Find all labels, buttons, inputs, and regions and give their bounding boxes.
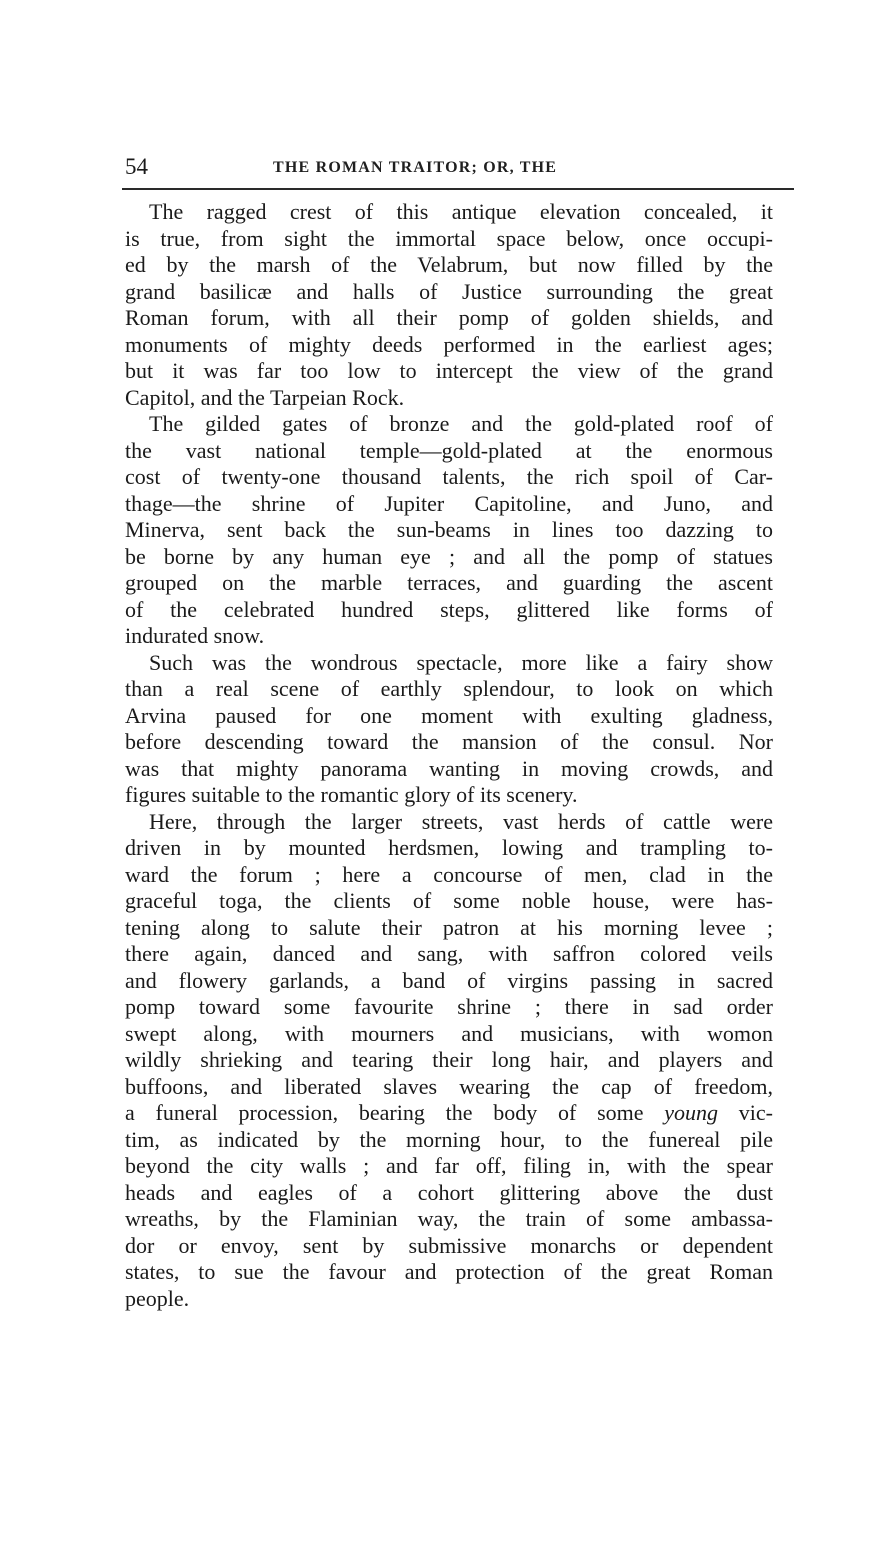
page-number: 54 [125, 152, 148, 182]
text-fragment: vic- [718, 1100, 773, 1125]
text-line: heads and eagles of a cohort glittering … [125, 1180, 773, 1207]
text-line: ward the forum ; here a concourse of men… [125, 862, 773, 889]
text-line: tim, as indicated by the morning hour, t… [125, 1127, 773, 1154]
text-line: but it was far too low to intercept the … [125, 358, 773, 385]
text-fragment: a funeral procession, bearing the body o… [125, 1100, 664, 1125]
header-rule [122, 188, 794, 190]
body-text: The ragged crest of this antique elevati… [125, 199, 775, 1312]
text-line: grouped on the marble terraces, and guar… [125, 570, 773, 597]
text-line: graceful toga, the clients of some noble… [125, 888, 773, 915]
text-line: be borne by any human eye ; and all the … [125, 544, 773, 571]
text-line: Here, through the larger streets, vast h… [125, 809, 773, 836]
text-line: wreaths, by the Flaminian way, the train… [125, 1206, 773, 1233]
text-line: the vast national temple—gold-plated at … [125, 438, 773, 465]
text-line: Arvina paused for one moment with exulti… [125, 703, 773, 730]
text-line: tening along to salute their patron at h… [125, 915, 773, 942]
text-line: Minerva, sent back the sun-beams in line… [125, 517, 773, 544]
text-line: wildly shrieking and tearing their long … [125, 1047, 773, 1074]
text-line: Such was the wondrous spectacle, more li… [125, 650, 773, 677]
book-page: 54 THE ROMAN TRAITOR; OR, THE The ragged… [0, 0, 896, 1550]
text-line: than a real scene of earthly splendour, … [125, 676, 773, 703]
text-line: Roman forum, with all their pomp of gold… [125, 305, 773, 332]
running-title: THE ROMAN TRAITOR; OR, THE [273, 154, 557, 182]
text-line: indurated snow. [125, 623, 773, 650]
text-line: pomp toward some favourite shrine ; ther… [125, 994, 773, 1021]
text-line: people. [125, 1286, 773, 1313]
text-line: thage—the shrine of Jupiter Capitoline, … [125, 491, 773, 518]
text-line: ed by the marsh of the Velabrum, but now… [125, 252, 773, 279]
text-line: dor or envoy, sent by submissive monarch… [125, 1233, 773, 1260]
text-line: buffoons, and liberated slaves wearing t… [125, 1074, 773, 1101]
text-line: Capitol, and the Tarpeian Rock. [125, 385, 773, 412]
text-line: The ragged crest of this antique elevati… [125, 199, 773, 226]
text-line: driven in by mounted herdsmen, lowing an… [125, 835, 773, 862]
text-line: beyond the city walls ; and far off, fil… [125, 1153, 773, 1180]
text-line-with-italic: a funeral procession, bearing the body o… [125, 1100, 773, 1127]
text-line: monuments of mighty deeds performed in t… [125, 332, 773, 359]
text-line: before descending toward the mansion of … [125, 729, 773, 756]
italic-word: young [664, 1100, 718, 1125]
text-line: is true, from sight the immortal space b… [125, 226, 773, 253]
running-head: 54 THE ROMAN TRAITOR; OR, THE [125, 152, 795, 182]
text-line: swept along, with mourners and musicians… [125, 1021, 773, 1048]
text-line: states, to sue the favour and protection… [125, 1259, 773, 1286]
text-line: cost of twenty-one thousand talents, the… [125, 464, 773, 491]
text-line: was that mighty panorama wanting in movi… [125, 756, 773, 783]
text-line: figures suitable to the romantic glory o… [125, 782, 773, 809]
text-line: and flowery garlands, a band of virgins … [125, 968, 773, 995]
text-line: of the celebrated hundred steps, glitter… [125, 597, 773, 624]
text-line: there again, danced and sang, with saffr… [125, 941, 773, 968]
text-line: The gilded gates of bronze and the gold-… [125, 411, 773, 438]
text-line: grand basilicæ and halls of Justice surr… [125, 279, 773, 306]
